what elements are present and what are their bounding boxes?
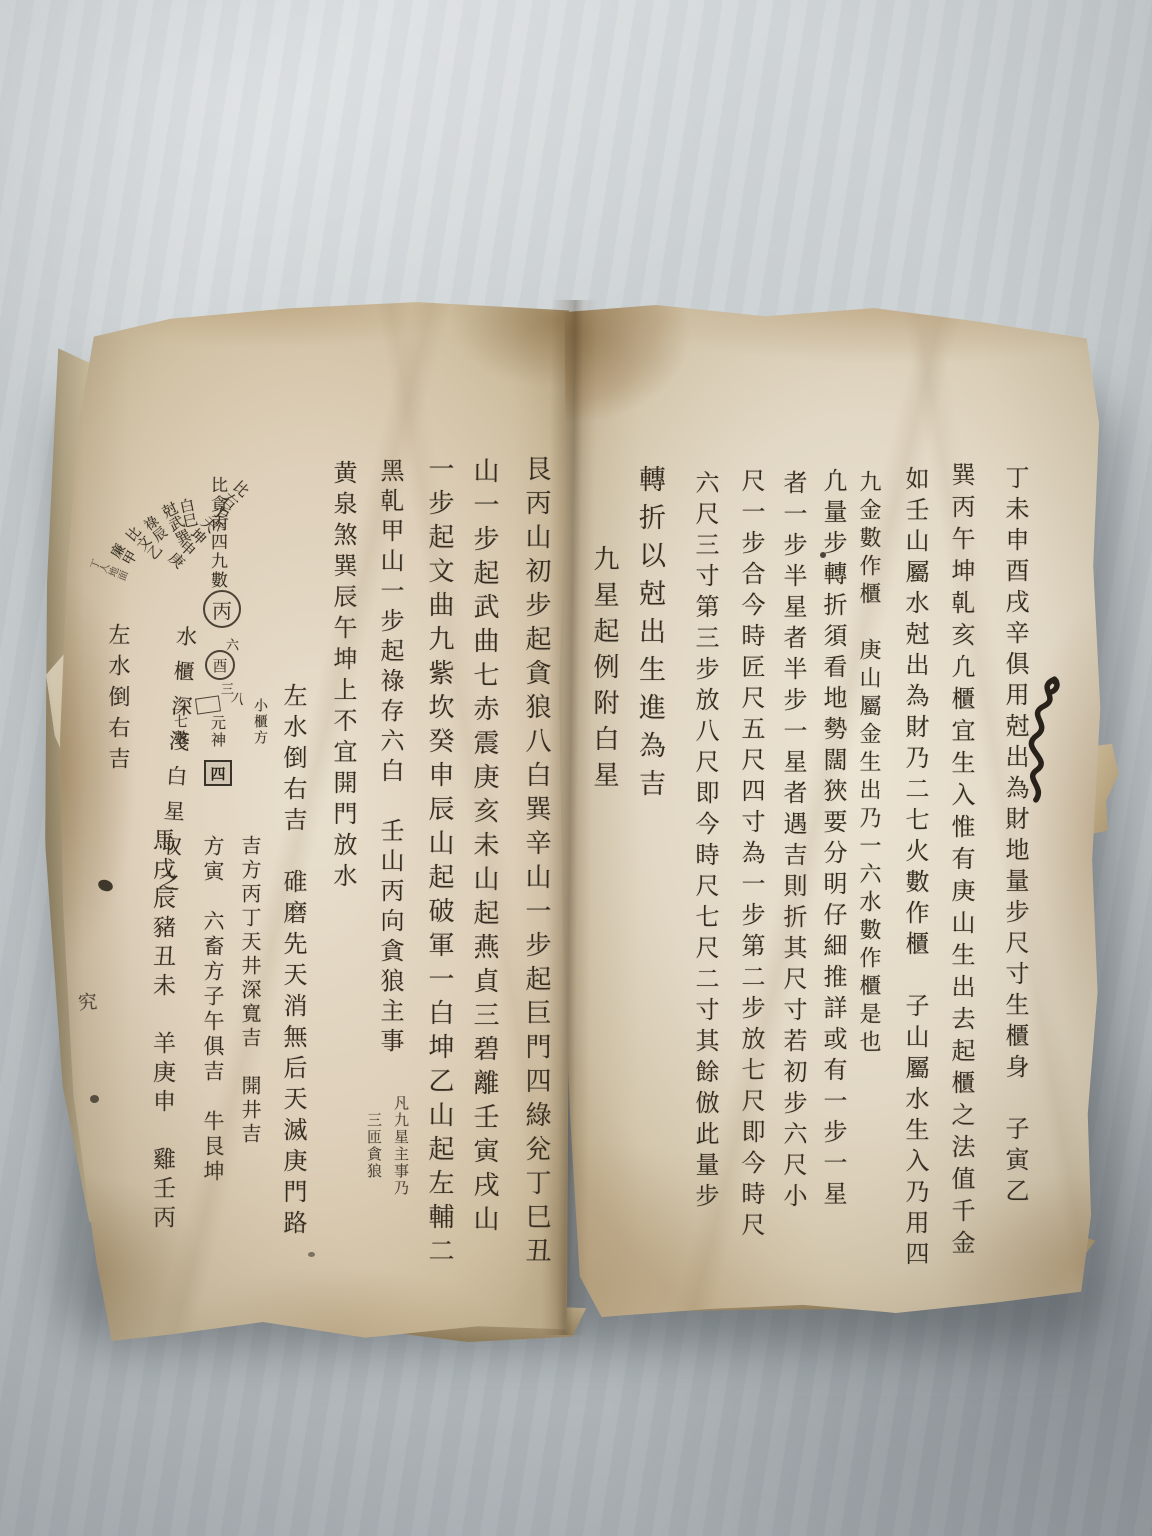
left-page-bottom-column-3: 方寅 六畜方子午俱吉 牛艮坤 xyxy=(198,835,228,1195)
diagram-right-label: 小櫃方 xyxy=(250,698,270,768)
diagram-center-char: 丙 xyxy=(212,595,232,624)
diagram-inner-label: 元神 xyxy=(208,715,229,757)
left-page: 艮丙山初步起貪狼八白巽辛山一步起巨門四綠兊丁巳丑 山一步起武曲七赤震庚亥未山起燕… xyxy=(58,300,570,1345)
right-page-column-1: 丁未申酉戌辛俱用尅出為財地量步尺寸生櫃身 子寅乙 xyxy=(998,465,1033,1285)
diagram-sub-2-circled: 酉 xyxy=(205,650,235,680)
right-page-column-7: 尺一步合今時匠尺五尺四寸為一步第二步放七尺即今時尺 xyxy=(734,468,769,1258)
manuscript-photo: 艮丙山初步起貪狼八白巽辛山一步起巨門四綠兊丁巳丑 山一步起武曲七赤震庚亥未山起燕… xyxy=(0,0,1152,1536)
right-page-column-5: 凢量步轉折須看地勢闊狹要分明仔細推詳或有一步一星 xyxy=(816,468,851,1228)
left-page-column-2: 山一步起武曲七赤震庚亥未山起燕貞三碧離壬寅戌山 xyxy=(466,457,503,1277)
right-page-column-9: 轉折以尅出生進為吉 xyxy=(630,465,669,885)
diagram-arc-label-3: 比貪丙四九數 xyxy=(205,476,230,588)
diagram-boxed-char: 四 xyxy=(204,760,232,786)
ink-blot-2 xyxy=(90,1095,99,1103)
left-page-note-column-1: 凡九星主事乃 xyxy=(391,1095,412,1215)
diagram-boxed-char-glyph: 四 xyxy=(210,763,225,784)
right-page-column-2: 巽丙午坤乹亥凢櫃宜生入惟有庚山生出去起櫃之法值千金 xyxy=(944,462,979,1272)
ink-blot-3 xyxy=(308,1252,315,1257)
left-page-column-5: 黄泉煞巽辰午坤上不宜開門放水 xyxy=(326,460,361,930)
diagram-tick: 八 xyxy=(224,689,247,713)
right-page-column-8: 六尺三寸第三步放八尺即今時尺七尺二寸其餘倣此量步 xyxy=(688,470,723,1260)
left-page-column-3: 一步起文曲九紫坎癸申辰山起破軍一白坤乙山起左輔二 xyxy=(421,455,458,1275)
right-page-column-6: 者一步半星者半步一星者遇吉則折其尺寸若初步六尺小 xyxy=(776,470,811,1230)
left-water-note-column: 左水倒右吉 xyxy=(102,623,133,803)
left-page-note-column-2: 三匝貪狼 xyxy=(364,1112,385,1207)
right-page-column-4: 九金數作櫃 庚山屬金生出乃一六水數作櫃是也 xyxy=(853,470,884,1130)
ink-flourish xyxy=(1003,671,1077,812)
diagram-center-circled: 丙 xyxy=(203,590,241,628)
left-page-column-1: 艮丙山初步起貪狼八白巽辛山一步起巨門四綠兊丁巳丑 xyxy=(518,455,555,1275)
right-page: 丁未申酉戌辛俱用尅出為財地量步尺寸生櫃身 子寅乙 巽丙午坤乹亥凢櫃宜生入惟有庚山… xyxy=(558,302,1103,1317)
diagram-left-label: 二七數 xyxy=(170,698,190,760)
left-page-bottom-column-1: 左水倒右吉 碓磨先天消無后天滅庚門路 xyxy=(276,683,311,1283)
ink-blot-1 xyxy=(97,878,115,893)
left-page-column-4: 黑乹甲山一步起祿存六白 壬山丙向貪狼主事 xyxy=(373,458,408,1108)
ink-dot xyxy=(820,552,826,558)
right-page-column-3: 如壬山屬水尅出為財乃二七火數作櫃 子山屬水生入乃用四 xyxy=(898,466,933,1276)
diagram-sub-2-char: 酉 xyxy=(212,655,227,676)
page-number: 究 xyxy=(72,991,102,1033)
water-cabinet-note-column: 水櫃深淺白星収之 xyxy=(151,624,202,925)
diagram-box-glyph xyxy=(195,695,221,714)
right-page-column-10: 九星起例附白星 xyxy=(586,545,623,825)
left-page-bottom-column-2: 吉方丙丁天井深寬吉 開井吉 xyxy=(236,835,265,1165)
